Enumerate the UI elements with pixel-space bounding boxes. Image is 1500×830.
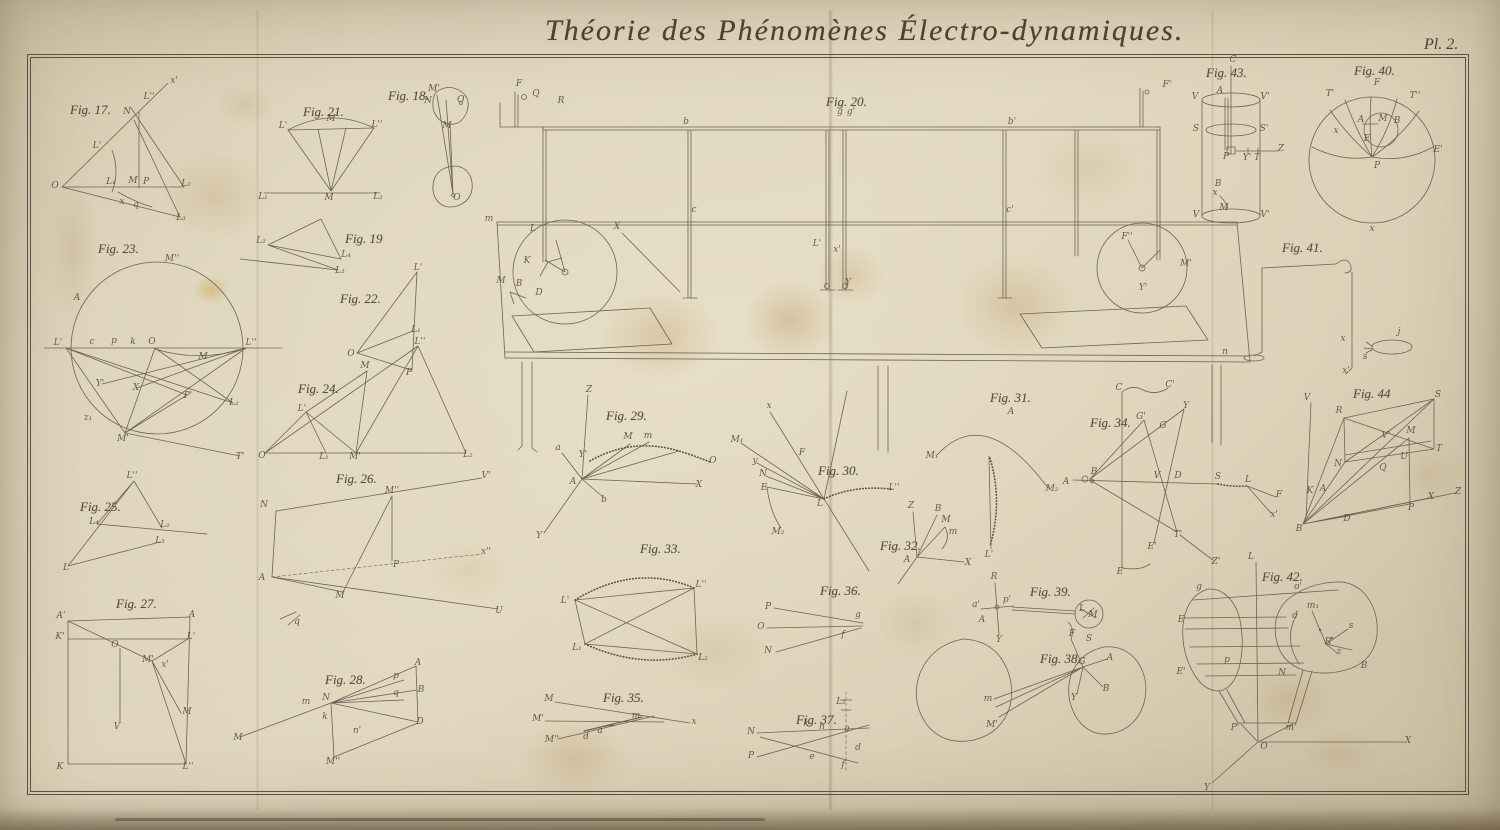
fig-34-art: [1073, 387, 1276, 568]
fig-21-art: [264, 118, 380, 193]
fig-41-art: [1244, 260, 1412, 374]
fig-44-art: [1303, 399, 1455, 524]
fig-18-art: [433, 88, 472, 208]
fig-29-art: [544, 395, 710, 533]
fig-38-art: [916, 622, 1146, 741]
fig-26-art: [272, 478, 498, 625]
fig-30-art: [741, 391, 891, 571]
fig-17-art: [62, 83, 184, 217]
fig-40-art: [1309, 97, 1435, 223]
fig-33-art: [575, 578, 697, 660]
fig-27-art: [68, 617, 190, 764]
fig-36-art: [767, 608, 863, 652]
fig-22-art: [357, 272, 417, 370]
fig-28-art: [240, 666, 418, 757]
fig-43-art: [1202, 66, 1278, 223]
fig-35-art: [545, 702, 690, 739]
fig-23-art: [44, 262, 282, 456]
fig-37-art: [757, 692, 869, 770]
fig-42-art: [1183, 562, 1404, 783]
fig-39-art: [981, 583, 1103, 635]
fig-25-art: [68, 481, 207, 566]
plate-page: Théorie des Phénomènes Électro-dynamique…: [0, 0, 1500, 830]
fig-31-art: [937, 435, 1048, 549]
fig-20-art: [497, 88, 1250, 452]
fig-24-art: [265, 346, 466, 453]
fig-32-art: [898, 512, 964, 584]
plate-artwork: [0, 0, 1500, 830]
fig-19-art: [240, 219, 341, 270]
